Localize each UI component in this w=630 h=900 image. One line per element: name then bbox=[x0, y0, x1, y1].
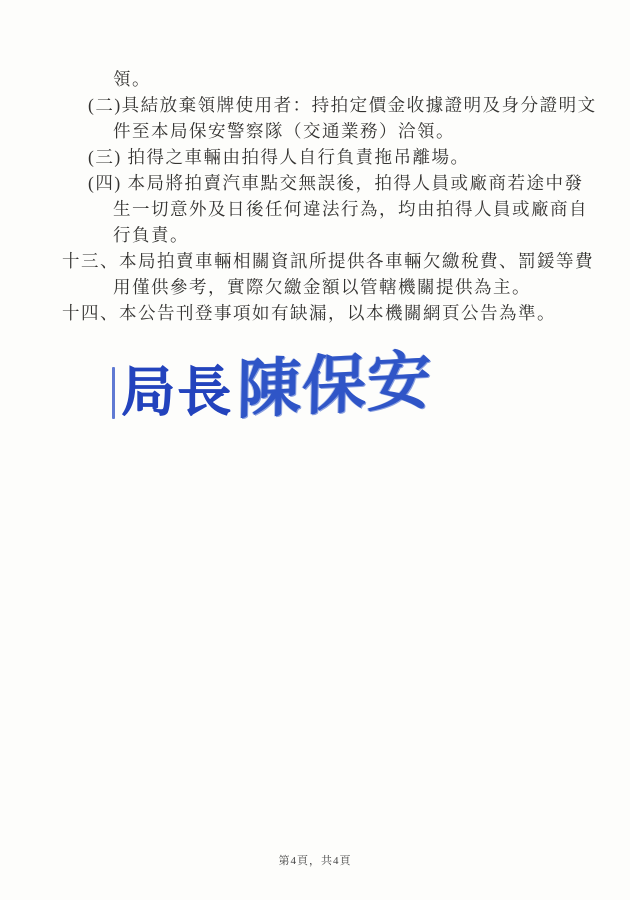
body-line: 十四、本公告刊登事項如有缺漏，以本機關網頁公告為準。 bbox=[62, 300, 577, 326]
document-page: 領。 (二)具結放棄領牌使用者：持拍定價金收據證明及身分證明文 件至本局保安警察… bbox=[0, 0, 630, 900]
stamp-signature-text: 陳保安 bbox=[237, 349, 433, 423]
body-line: 行負責。 bbox=[62, 222, 577, 248]
body-line: 領。 bbox=[62, 66, 577, 92]
announcement-body: 領。 (二)具結放棄領牌使用者：持拍定價金收據證明及身分證明文 件至本局保安警察… bbox=[62, 66, 577, 326]
stamp-title-text: 局長 bbox=[121, 365, 233, 419]
body-line: (四) 本局將拍賣汽車點交無誤後，拍得人員或廠商若途中發 bbox=[62, 170, 577, 196]
body-line: 件至本局保安警察隊（交通業務）洽領。 bbox=[62, 118, 577, 144]
stamp-edge-mark bbox=[112, 367, 115, 419]
body-line: 十三、本局拍賣車輛相關資訊所提供各車輛欠繳稅費、罰鍰等費 bbox=[62, 248, 577, 274]
body-line: (三) 拍得之車輛由拍得人自行負責拖吊離場。 bbox=[62, 144, 577, 170]
page-number-footer: 第4頁，共4頁 bbox=[0, 852, 630, 868]
body-line: (二)具結放棄領牌使用者：持拍定價金收據證明及身分證明文 bbox=[62, 92, 577, 118]
body-line: 用僅供參考，實際欠繳金額以管轄機關提供為主。 bbox=[62, 274, 577, 300]
body-line: 生一切意外及日後任何違法行為，均由拍得人員或廠商自 bbox=[62, 196, 577, 222]
director-signature-stamp: 局長 陳保安 bbox=[112, 340, 432, 440]
